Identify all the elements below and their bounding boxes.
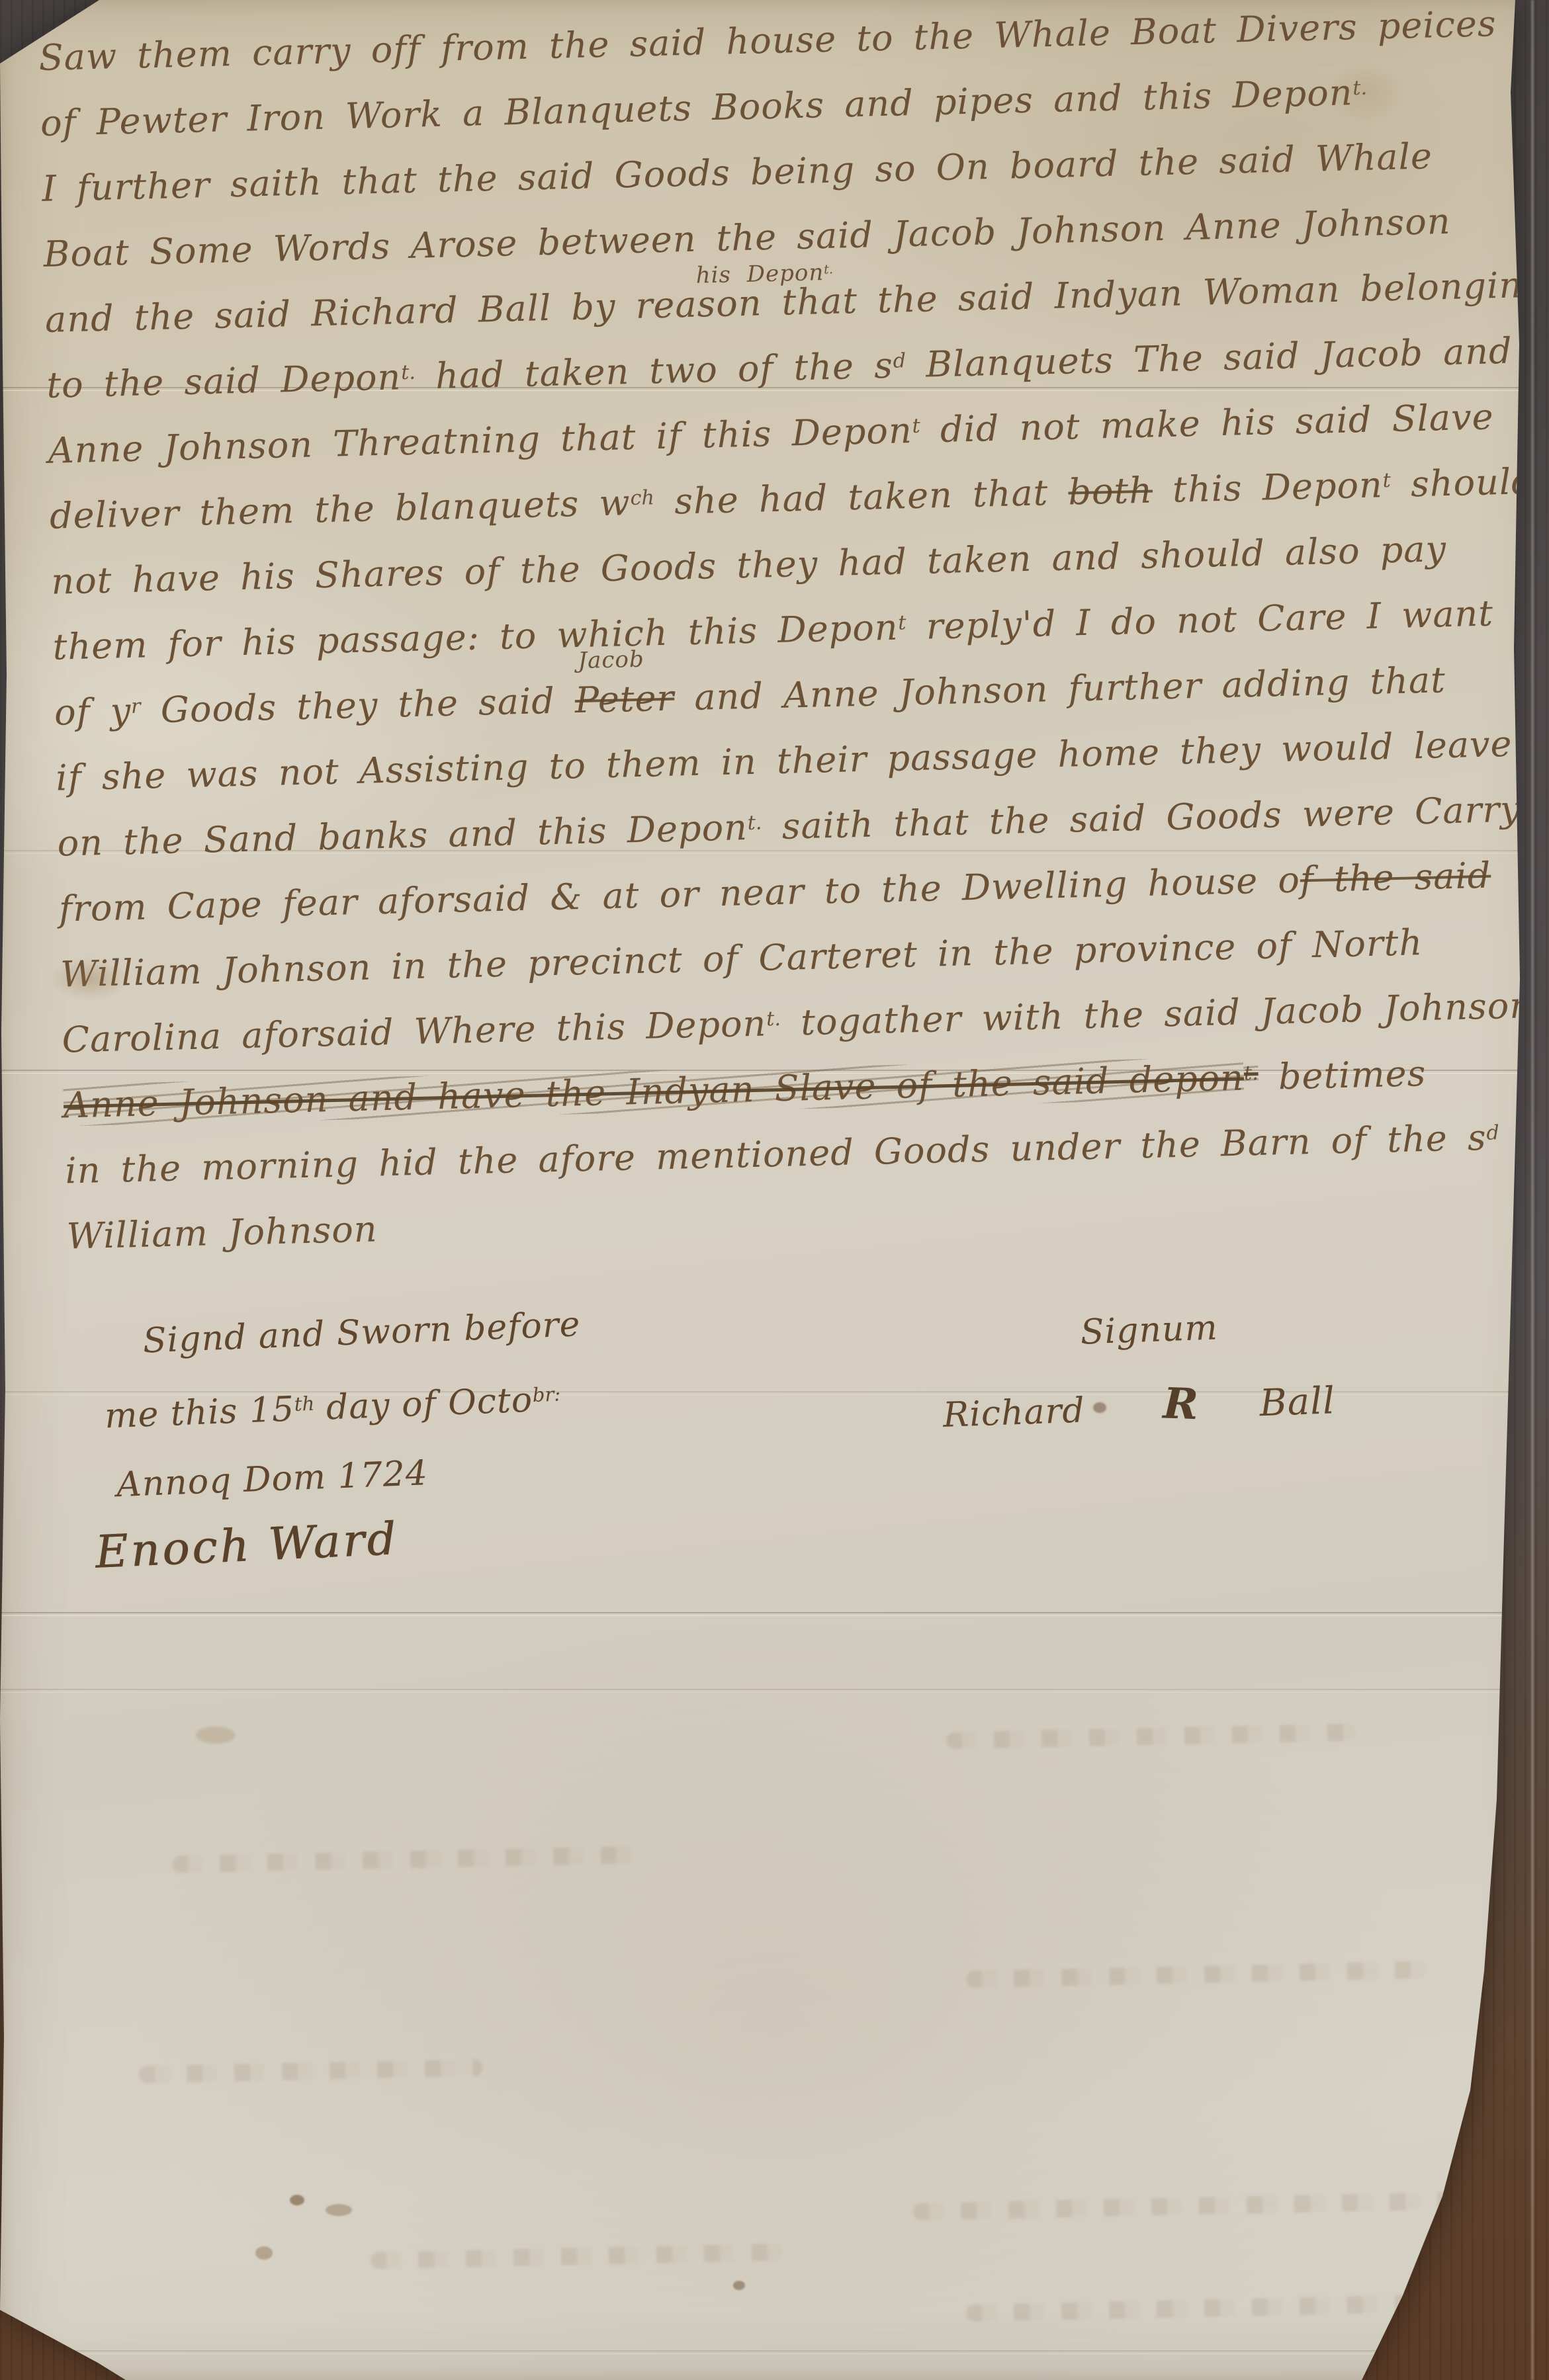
text-run: his Depon <box>695 259 824 289</box>
fold-crease <box>0 2350 1549 2354</box>
text-run: of y <box>54 690 132 734</box>
text-run: me this 15 <box>104 1389 295 1436</box>
text-run: Annoq Dom 1724 <box>116 1453 429 1505</box>
fold-crease <box>0 1612 1549 1616</box>
superscript-abbreviation: r <box>131 695 141 718</box>
text-run: she had taken that <box>654 472 1069 523</box>
superscript-abbreviation: d <box>893 349 906 372</box>
signature-first-name: Richard <box>942 1390 1086 1435</box>
superscript-abbreviation: t. <box>1243 1062 1259 1085</box>
ghost-bleedthrough <box>371 2243 794 2269</box>
paper-sheet: Saw them carry off from the said house t… <box>0 0 1549 2380</box>
superscript-abbreviation: t. <box>401 361 416 385</box>
ghost-bleedthrough <box>966 1961 1429 1988</box>
signature-richard-ball: Richard R Ball <box>942 1373 1380 1437</box>
manuscript-text: Saw them carry off from the said house t… <box>38 3 1536 1281</box>
ink-stain <box>196 1726 236 1744</box>
superscript-abbreviation: t. <box>766 1007 781 1031</box>
struck-word: f the said <box>1300 855 1491 901</box>
superscript-abbreviation: t. <box>747 811 762 835</box>
text-run: William Johnson <box>66 1208 378 1257</box>
fold-crease <box>0 1689 1549 1693</box>
text-run: Saw them carry off from the said house t… <box>38 3 1497 79</box>
ball-mark: R <box>1162 1379 1200 1429</box>
attestation-block: Signd and Sworn before me this 15th day … <box>101 1290 587 1519</box>
superscript-abbreviation: ch <box>630 486 654 510</box>
text-run: day of Octo <box>314 1381 533 1429</box>
text-run: this Depon <box>1152 464 1383 511</box>
text-run: to the said Depon <box>46 356 402 406</box>
struck-word: both <box>1068 470 1153 513</box>
superscript-abbreviation: t <box>898 611 907 634</box>
text-run: Signd and Sworn before <box>142 1304 582 1361</box>
signature-last-name: Ball <box>1259 1379 1336 1425</box>
ghost-bleedthrough <box>139 2059 483 2084</box>
ink-spot <box>326 2204 352 2216</box>
ghost-bleedthrough <box>172 1846 648 1873</box>
superscript-abbreviation: br: <box>532 1382 561 1406</box>
superscript-abbreviation: t. <box>824 262 833 276</box>
ghost-bleedthrough <box>913 2191 1469 2221</box>
ink-spot <box>733 2281 745 2290</box>
paper-wrap: Saw them carry off from the said house t… <box>0 0 1549 2380</box>
interlined-insertion: his Depont. <box>695 259 833 289</box>
ink-spot <box>255 2246 273 2260</box>
struck-word: Peter <box>574 677 675 722</box>
text-run: betimes <box>1258 1052 1427 1098</box>
ghost-bleedthrough <box>946 1724 1356 1750</box>
ghost-bleedthrough <box>966 2294 1469 2322</box>
superscript-abbreviation: th <box>294 1392 315 1416</box>
document-photo: Saw them carry off from the said house t… <box>0 0 1549 2380</box>
interlined-insertion: Jacob <box>578 646 644 674</box>
superscript-abbreviation: t. <box>1352 77 1368 101</box>
signature-block: Signum Richard R Ball <box>940 1302 1380 1437</box>
signum-label: Signum <box>1080 1302 1378 1353</box>
clerk-signature: Enoch Ward <box>94 1513 400 1579</box>
superscript-abbreviation: d <box>1486 1121 1499 1144</box>
ink-spot <box>290 2195 304 2205</box>
correction-group: PeterJacob <box>574 677 675 722</box>
text-run: should <box>1390 460 1535 505</box>
